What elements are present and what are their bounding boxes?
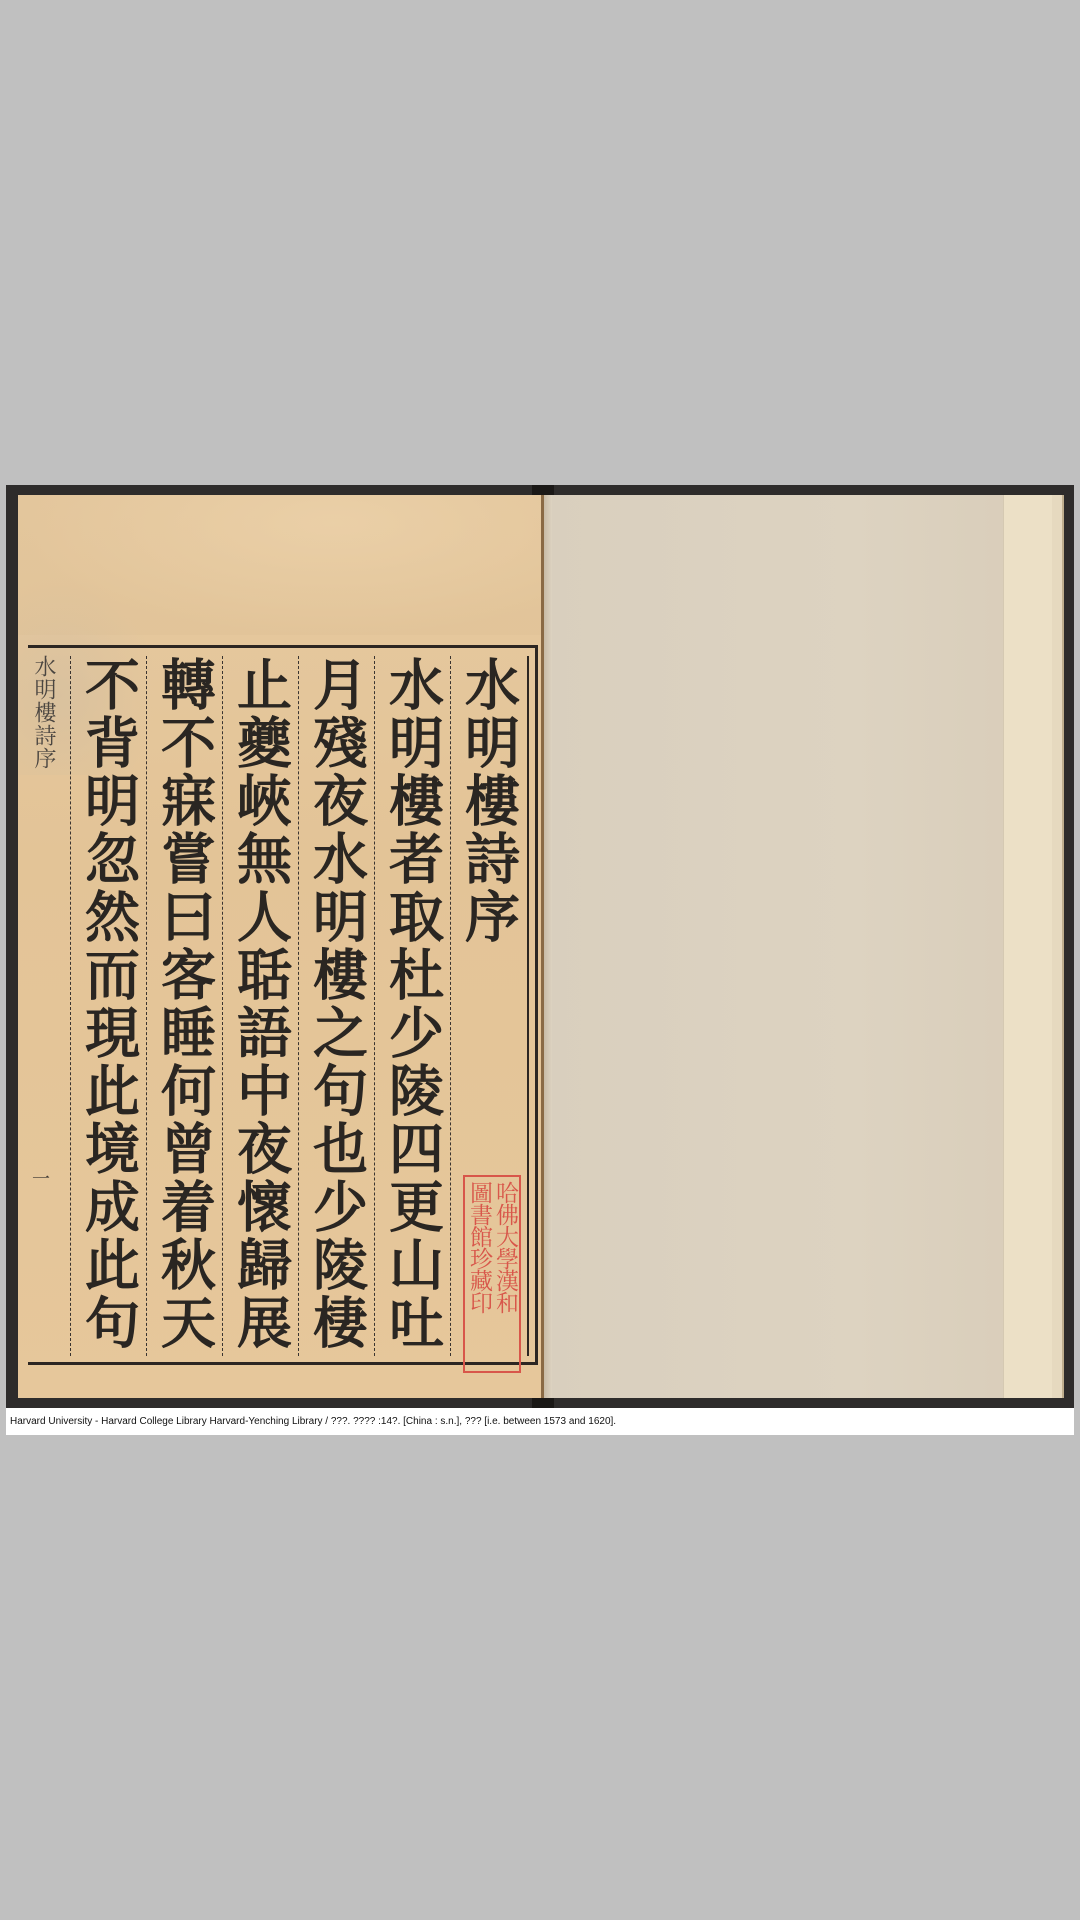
right-page-edge xyxy=(1052,495,1064,1398)
column-text: 水明樓者取杜少陵四更山吐 xyxy=(375,656,449,1352)
text-column-5: 轉不寐嘗曰客睡何曾着秋天 xyxy=(146,656,221,1356)
column-text: 月殘夜水明樓之句也少陵棲 xyxy=(299,656,373,1352)
frame-inner-line xyxy=(527,656,529,1356)
text-column-2: 水明樓者取杜少陵四更山吐 xyxy=(374,656,449,1356)
image-viewer: 水明樓詩序 一 水明樓詩序 水明樓者取杜少陵四更山吐 月殘夜水明樓之句也少陵棲 … xyxy=(6,485,1074,1435)
left-page: 水明樓詩序 一 水明樓詩序 水明樓者取杜少陵四更山吐 月殘夜水明樓之句也少陵棲 … xyxy=(18,495,544,1398)
right-page-crease xyxy=(544,495,552,1398)
right-page-foredge xyxy=(1003,495,1052,1398)
seal-column-1: 哈佛大學漢和 xyxy=(493,1181,517,1371)
column-text: 水明樓詩序 xyxy=(451,656,525,946)
text-frame: 水明樓詩序 水明樓者取杜少陵四更山吐 月殘夜水明樓之句也少陵棲 止夔峽無人聒語中… xyxy=(28,645,538,1365)
right-page-blank xyxy=(544,495,1064,1398)
text-column-6: 不背明忽然而現此境成此句 xyxy=(70,656,145,1356)
seal-column-2: 圖書館珍藏印 xyxy=(467,1181,491,1371)
text-column-4: 止夔峽無人聒語中夜懷歸展 xyxy=(222,656,297,1356)
text-column-3: 月殘夜水明樓之句也少陵棲 xyxy=(298,656,373,1356)
column-text: 不背明忽然而現此境成此句 xyxy=(71,656,145,1352)
column-text: 止夔峽無人聒語中夜懷歸展 xyxy=(223,656,297,1352)
book-scan: 水明樓詩序 一 水明樓詩序 水明樓者取杜少陵四更山吐 月殘夜水明樓之句也少陵棲 … xyxy=(6,485,1074,1408)
library-seal: 哈佛大學漢和 圖書館珍藏印 xyxy=(463,1175,521,1373)
caption-bar: Harvard University - Harvard College Lib… xyxy=(6,1408,1074,1435)
image-caption: Harvard University - Harvard College Lib… xyxy=(6,1416,616,1427)
column-text: 轉不寐嘗曰客睡何曾着秋天 xyxy=(147,656,221,1352)
